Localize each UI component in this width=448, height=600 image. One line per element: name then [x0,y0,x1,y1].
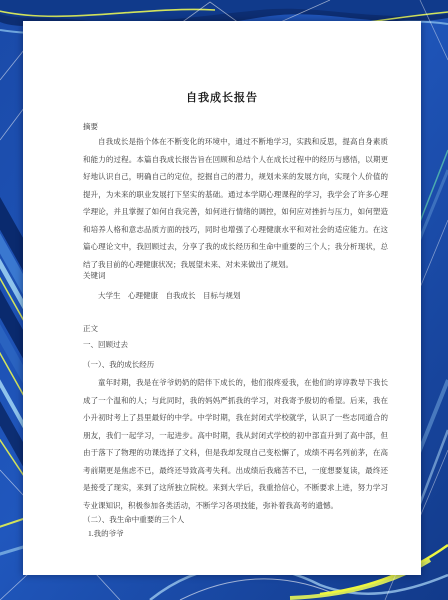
report-title: 自我成长报告 [43,91,401,105]
item-heading-my-grandfather: 1.我的爷爷 [88,528,388,540]
body-text-label: 正文 [83,323,388,335]
subsection-heading-growth-experience: （一）、我的成长经历 [83,359,388,371]
keywords-line: 大学生 心理健康 自我成长 目标与规划 [83,290,388,302]
section-heading-review-past: 一、回顾过去 [83,339,388,351]
subsection-heading-three-important-people: （二）、我生命中重要的三个人 [83,514,388,526]
abstract-label: 摘要 [83,121,388,133]
report-page: 自我成长报告 摘要 自我成长是指个体在不断变化的环境中，通过不断地学习，实践和反… [23,21,421,575]
abstract-paragraph: 自我成长是指个体在不断变化的环境中，通过不断地学习，实践和反思，提高自身素质和能… [83,133,388,273]
growth-experience-paragraph: 童年时期，我是在爷爷奶奶的陪伴下成长的，他们很疼爱我，在他们的谆谆教导下我长成了… [83,374,388,514]
